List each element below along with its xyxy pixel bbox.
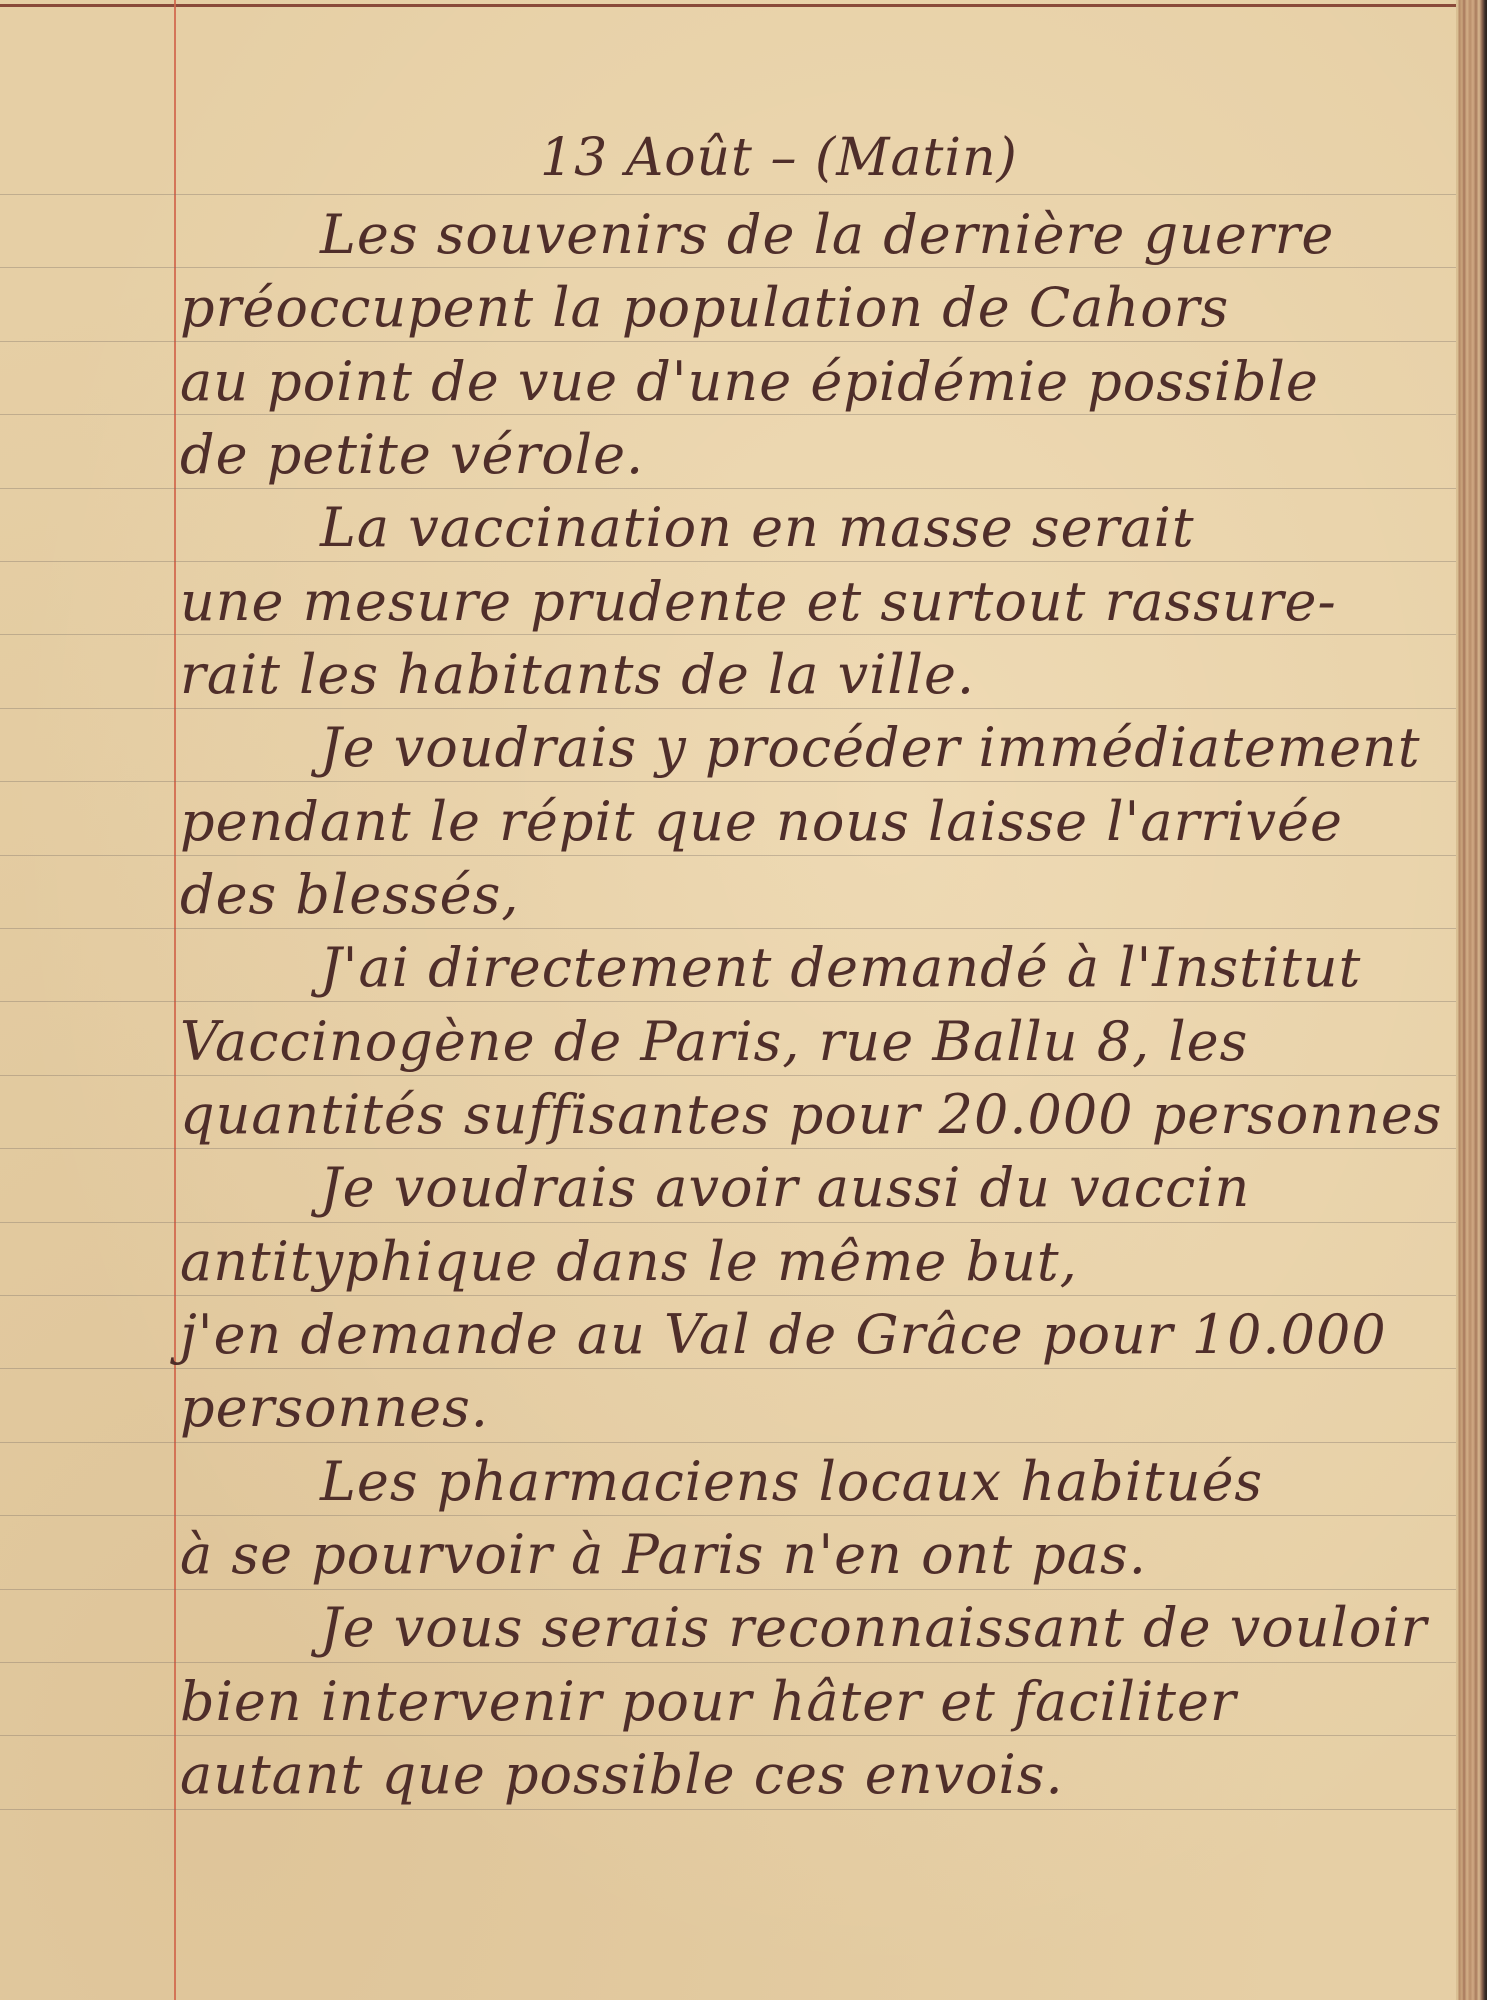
text-line: Je voudrais avoir aussi du vaccin [320,1158,1250,1218]
ruled-line [0,1735,1456,1736]
ruled-line [0,414,1456,415]
text-line: au point de vue d'une épidémie possible [180,352,1319,412]
text-line: antityphique dans le même but, [180,1232,1078,1292]
text-line: pendant le répit que nous laisse l'arriv… [180,792,1343,852]
book-page-edges [1456,0,1487,2000]
ruled-line [0,928,1456,929]
ruled-line [0,1662,1456,1663]
ruled-line [0,1809,1456,1810]
ruled-line [0,341,1456,342]
ruled-line [0,781,1456,782]
text-line: une mesure prudente et surtout rassure- [180,572,1337,632]
text-line: à se pourvoir à Paris n'en ont pas. [180,1525,1147,1585]
text-line: rait les habitants de la ville. [180,645,975,705]
entry-date-heading: 13 Août – (Matin) [540,128,1018,188]
ruled-line [0,1295,1456,1296]
ruled-line [0,1589,1456,1590]
ruled-line [0,1148,1456,1149]
text-line: Je voudrais y procéder immédiatement [320,718,1421,778]
ruled-line [0,855,1456,856]
text-line: des blessés, [180,865,519,925]
red-margin-line [174,0,176,2000]
text-line: Les souvenirs de la dernière guerre [320,205,1334,265]
ruled-line [0,1442,1456,1443]
ruled-line [0,488,1456,489]
notebook-page: 13 Août – (Matin) Les souvenirs de la de… [0,0,1487,2000]
text-line: personnes. [180,1378,489,1438]
text-line: Les pharmaciens locaux habitués [320,1452,1263,1512]
ruled-line [0,267,1456,268]
ruled-line [0,561,1456,562]
text-line: La vaccination en masse serait [320,498,1195,558]
text-line: J'ai directement demandé à l'Institut [320,938,1361,998]
ruled-line [0,194,1456,195]
text-line: j'en demande au Val de Grâce pour 10.000 [180,1305,1387,1365]
top-border-rule [0,4,1456,7]
text-line: préoccupent la population de Cahors [180,278,1229,338]
text-line: Vaccinogène de Paris, rue Ballu 8, les [180,1012,1248,1072]
text-line: bien intervenir pour hâter et faciliter [180,1672,1237,1732]
text-line: de petite vérole. [180,425,644,485]
text-line: quantités suffisantes pour 20.000 person… [180,1085,1443,1145]
ruled-line [0,1515,1456,1516]
ruled-line [0,1001,1456,1002]
ruled-line [0,1222,1456,1223]
ruled-line [0,1368,1456,1369]
text-line: autant que possible ces envois. [180,1745,1064,1805]
ruled-line [0,634,1456,635]
text-line: Je vous serais reconnaissant de vouloir [320,1598,1427,1658]
ruled-line [0,1075,1456,1076]
ruled-line [0,708,1456,709]
